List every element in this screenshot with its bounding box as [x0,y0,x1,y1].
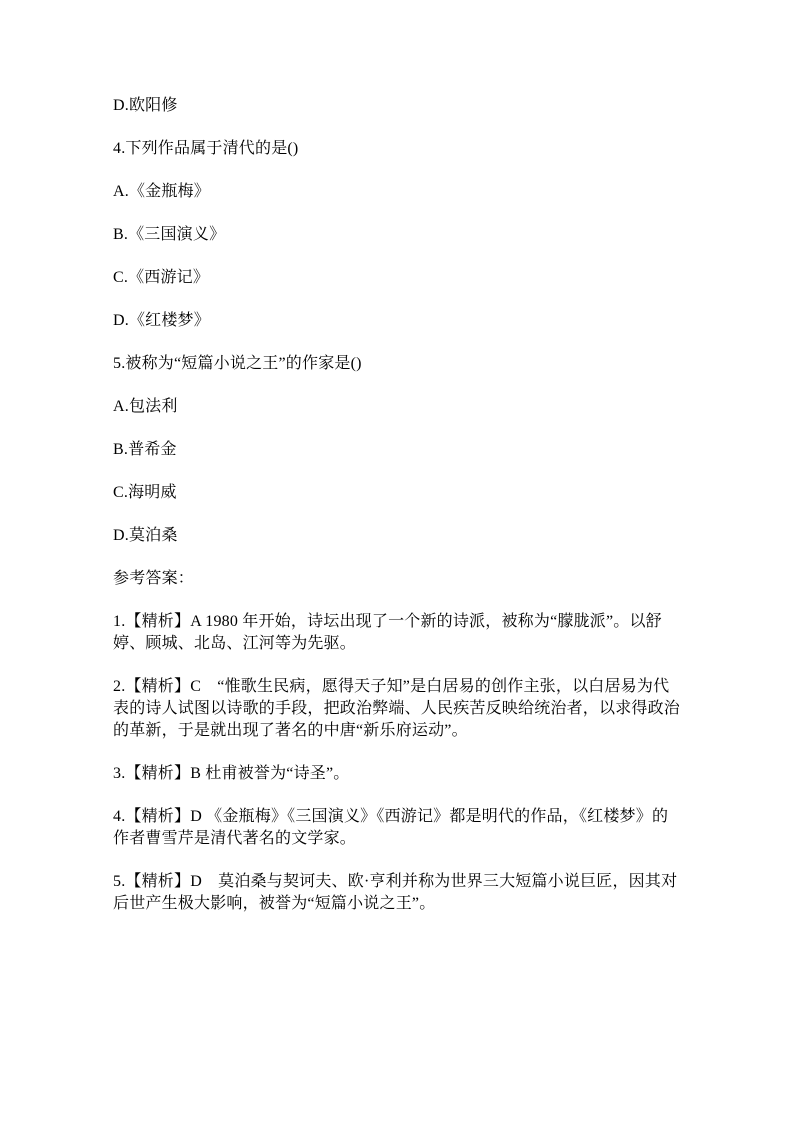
document-body: D.欧阳修 4.下列作品属于清代的是() A.《金瓶梅》 B.《三国演义》 C.… [113,95,683,915]
answer-analysis-3: 3.【精析】B 杜甫被誉为“诗圣”。 [113,763,683,785]
answer-analysis-4: 4.【精析】D 《金瓶梅》《三国演义》《西游记》都是明代的作品，《红楼梦》的作者… [113,806,683,850]
question-5-stem: 5.被称为“短篇小说之王”的作家是() [113,353,683,375]
answer-analysis-5: 5.【精析】D 莫泊桑与契诃夫、欧·亨利并称为世界三大短篇小说巨匠，因其对后世产… [113,871,683,915]
question-5-option-a: A.包法利 [113,396,683,418]
question-5-option-c: C.海明威 [113,482,683,504]
answers-heading: 参考答案： [113,568,683,590]
question-5-option-b: B.普希金 [113,439,683,461]
question-4-option-d: D.《红楼梦》 [113,310,683,332]
question-4-option-c: C.《西游记》 [113,267,683,289]
answer-analysis-2: 2.【精析】C “惟歌生民病，愿得天子知”是白居易的创作主张，以白居易为代表的诗… [113,676,683,742]
answer-analysis-1: 1.【精析】A 1980 年开始，诗坛出现了一个新的诗派，被称为“朦胧派”。以舒… [113,611,683,655]
question-4-stem: 4.下列作品属于清代的是() [113,138,683,160]
document-page: D.欧阳修 4.下列作品属于清代的是() A.《金瓶梅》 B.《三国演义》 C.… [0,0,794,1123]
question-4-option-a: A.《金瓶梅》 [113,181,683,203]
question-5-option-d: D.莫泊桑 [113,525,683,547]
question-4-option-b: B.《三国演义》 [113,224,683,246]
option-line-q3-d: D.欧阳修 [113,95,683,117]
